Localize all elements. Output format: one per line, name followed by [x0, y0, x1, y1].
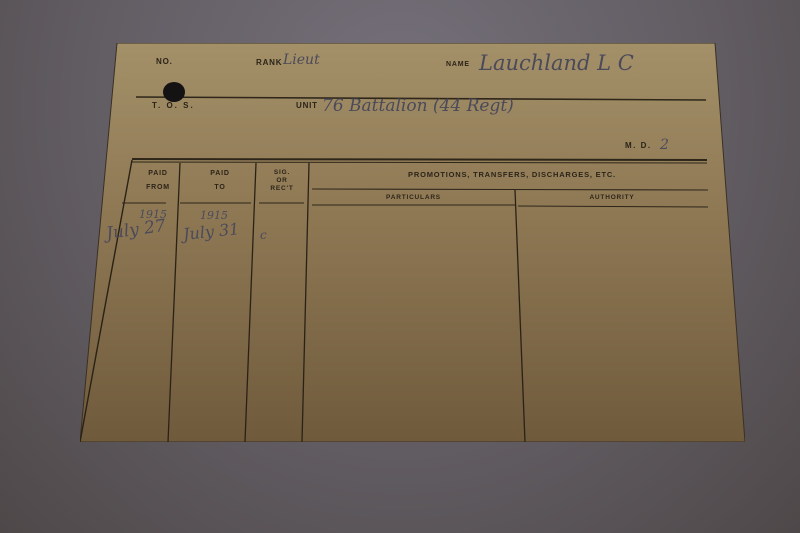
- md-value: 2: [660, 137, 669, 153]
- unit-label: Unit: [296, 101, 318, 110]
- rank-label: Rank: [256, 58, 282, 67]
- punch-hole: [163, 82, 185, 102]
- md-label: M. D.: [625, 141, 652, 150]
- sig-header: Sig. or Rec't: [258, 169, 306, 193]
- paid-to-header: Paid To: [190, 170, 250, 191]
- name-label: Name: [446, 61, 470, 68]
- no-label: No.: [156, 57, 173, 66]
- section-title: Promotions, Transfers, Discharges, Etc.: [312, 170, 712, 179]
- tos-label: T. O. S.: [152, 101, 195, 110]
- rank-value: Lieut: [283, 52, 320, 68]
- name-value: Lauchland L C: [479, 51, 634, 75]
- authority-header: Authority: [517, 194, 707, 201]
- paid-from-header: Paid From: [130, 170, 186, 191]
- sig-mark: c: [260, 228, 267, 242]
- particulars-header: Particulars: [312, 194, 515, 201]
- unit-value: 76 Battalion (44 Regt): [322, 96, 514, 116]
